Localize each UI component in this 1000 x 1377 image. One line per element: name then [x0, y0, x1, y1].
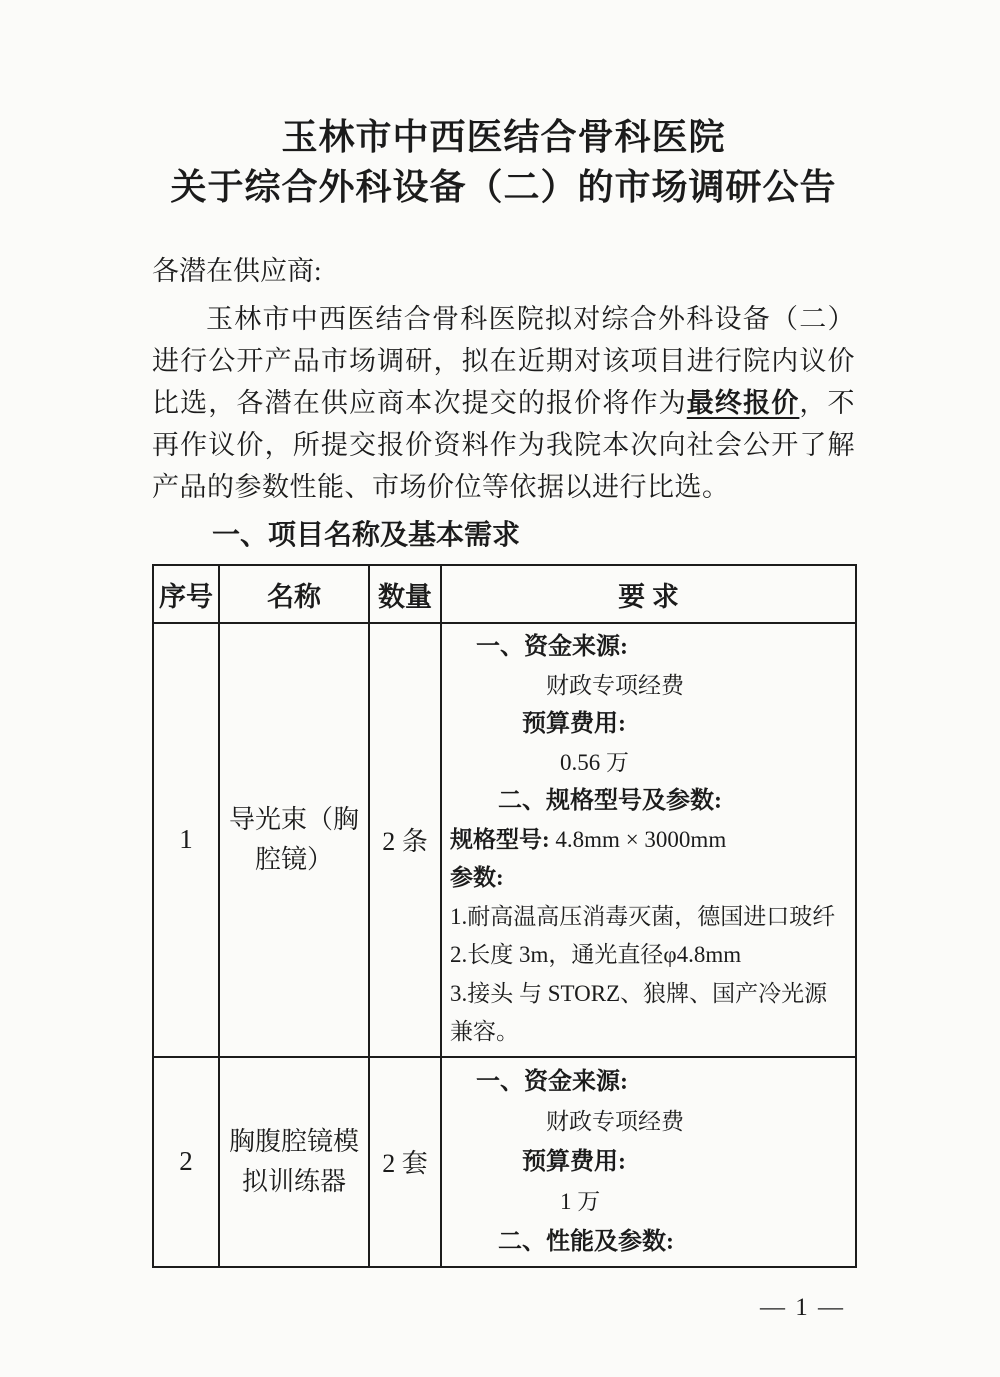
section-heading: 一、项目名称及基本需求 [152, 512, 855, 558]
requirement-line: 二、性能及参数: [448, 1222, 851, 1262]
intro-paragraph: 玉林市中西医结合骨科医院拟对综合外科设备（二）进行公开产品市场调研，拟在近期对该… [152, 298, 855, 508]
requirement-line: 参数: [448, 859, 851, 898]
requirement-line: 财政专项经费 [448, 667, 851, 706]
requirement-line: 财政专项经费 [448, 1102, 851, 1142]
requirement-line: 规格型号: 4.8mm × 3000mm [448, 821, 851, 860]
item-name: 导光束（胸腔镜） [219, 623, 369, 1057]
requirement-lines: 一、资金来源:财政专项经费预算费用:0.56 万二、规格型号及参数:规格型号: … [448, 628, 851, 1052]
header-name: 名称 [219, 565, 369, 623]
page-number: — 1 — [152, 1294, 855, 1322]
title-line-2: 关于综合外科设备（二）的市场调研公告 [152, 162, 855, 212]
requirement-line: 3.接头 与 STORZ、狼牌、国产冷光源 [448, 975, 851, 1014]
requirement-line: 预算费用: [448, 1142, 851, 1182]
requirement-line: 预算费用: [448, 705, 851, 744]
requirement-line: 1 万 [448, 1182, 851, 1222]
header-qty: 数量 [369, 565, 441, 623]
requirement-line: 1.耐高温高压消毒灭菌，德国进口玻纤 [448, 898, 851, 937]
requirement-line: 2.长度 3m，通光直径φ4.8mm [448, 936, 851, 975]
requirement-line: 二、规格型号及参数: [448, 782, 851, 821]
final-quote-emphasis: 最终报价 [687, 388, 800, 418]
page-title: 玉林市中西医结合骨科医院 关于综合外科设备（二）的市场调研公告 [152, 112, 855, 212]
item-requirements: 一、资金来源:财政专项经费预算费用:1 万二、性能及参数: [441, 1057, 856, 1267]
requirement-line: 一、资金来源: [448, 628, 851, 667]
row-index: 2 [153, 1057, 219, 1267]
table-row: 2 胸腹腔镜模拟训练器 2 套 一、资金来源:财政专项经费预算费用:1 万二、性… [153, 1057, 856, 1267]
requirement-line: 一、资金来源: [448, 1062, 851, 1102]
table-row: 1 导光束（胸腔镜） 2 条 一、资金来源:财政专项经费预算费用:0.56 万二… [153, 623, 856, 1057]
item-quantity: 2 套 [369, 1057, 441, 1267]
requirement-line: 兼容。 [448, 1013, 851, 1052]
requirements-table: 序号 名称 数量 要 求 1 导光束（胸腔镜） 2 条 一、资金来源:财政专项经… [152, 564, 857, 1268]
item-requirements: 一、资金来源:财政专项经费预算费用:0.56 万二、规格型号及参数:规格型号: … [441, 623, 856, 1057]
item-quantity: 2 条 [369, 623, 441, 1057]
item-name: 胸腹腔镜模拟训练器 [219, 1057, 369, 1267]
requirement-lines: 一、资金来源:财政专项经费预算费用:1 万二、性能及参数: [448, 1062, 851, 1262]
header-requirement: 要 求 [441, 565, 856, 623]
header-index: 序号 [153, 565, 219, 623]
salutation: 各潜在供应商: [152, 250, 855, 292]
title-line-1: 玉林市中西医结合骨科医院 [152, 112, 855, 162]
table-header-row: 序号 名称 数量 要 求 [153, 565, 856, 623]
document-page: 玉林市中西医结合骨科医院 关于综合外科设备（二）的市场调研公告 各潜在供应商: … [0, 0, 1000, 1377]
requirement-line: 0.56 万 [448, 744, 851, 783]
row-index: 1 [153, 623, 219, 1057]
